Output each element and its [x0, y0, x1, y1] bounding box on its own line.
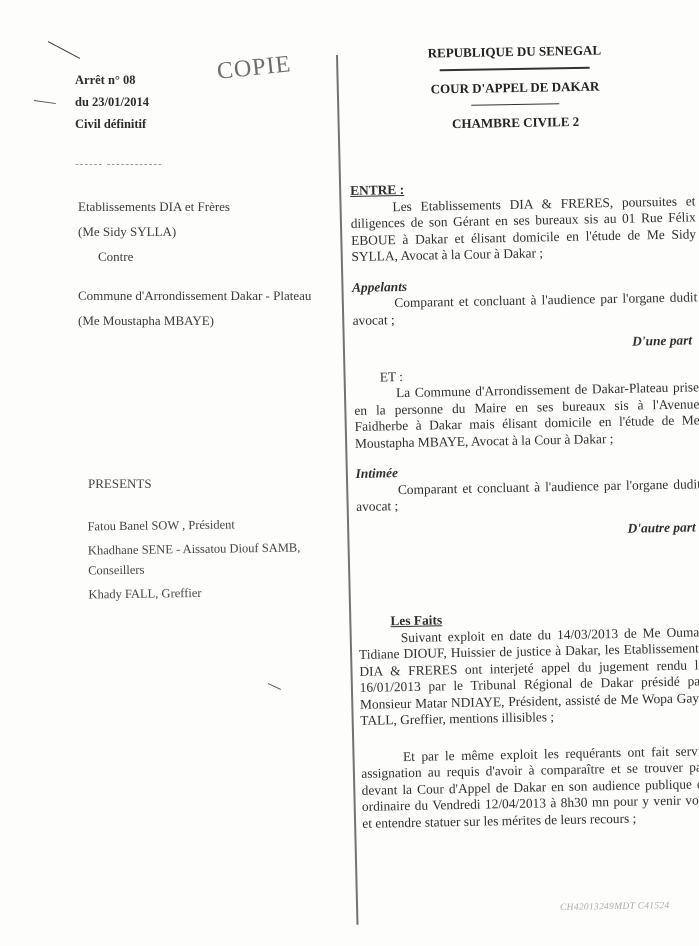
document-reference: CH42013249MDT C41524: [560, 901, 670, 913]
judgment-body: ENTRE : Les Etablissements DIA & FRERES,…: [350, 176, 699, 832]
appellant-paragraph: Les Etablissements DIA & FRERES, poursui…: [350, 193, 696, 266]
court-name: COUR D'APPEL DE DAKAR: [395, 73, 635, 101]
court-header: REPUBLIQUE DU SENEGAL COUR D'APPEL DE DA…: [394, 38, 636, 137]
separator: ------ ------------: [75, 153, 163, 175]
appellant-counsel: (Me Sidy SYLLA): [78, 219, 311, 244]
pen-mark: [48, 41, 80, 59]
member: Fatou Banel SOW , Président: [87, 514, 300, 537]
presents-title: PRESENTS: [88, 476, 152, 492]
appellants-paragraph: Comparant et concluant à l'audience par …: [352, 289, 698, 329]
faits-paragraph-2: Et par le même exploit les requérants on…: [361, 743, 699, 832]
copy-stamp: COPIE: [216, 51, 293, 86]
versus-label: Contre: [78, 244, 311, 269]
case-reference: Arrêt n° 08 du 23/01/2014 Civil définiti…: [75, 69, 163, 175]
pen-mark: [268, 683, 281, 690]
dautre-part-label: D'autre part: [357, 519, 699, 542]
country-name: REPUBLIQUE DU SENEGAL: [394, 38, 634, 66]
header-rule: [471, 103, 559, 106]
member: Khady FALL, Greffier: [88, 582, 301, 605]
arret-date: du 23/01/2014: [75, 91, 163, 113]
respondent-name: Commune d'Arrondissement Dakar - Plateau: [78, 283, 311, 308]
pen-mark: [34, 100, 56, 104]
court-members: Fatou Banel SOW , Président Khadhane SEN…: [87, 514, 301, 605]
case-type: Civil définitif: [75, 113, 163, 135]
appellant-name: Etablissements DIA et Frères: [78, 194, 311, 219]
respondent-paragraph: La Commune d'Arrondissement de Dakar-Pla…: [354, 379, 699, 452]
member: Khadhane SENE - Aissatou Diouf SAMB,: [88, 538, 301, 561]
header-rule: [440, 67, 590, 71]
respondent-counsel: (Me Moustapha MBAYE): [78, 308, 311, 333]
chamber-name: CHAMBRE CIVILE 2: [395, 109, 635, 137]
intimee-paragraph: Comparant et concluant à l'audience par …: [356, 476, 699, 516]
parties-summary: Etablissements DIA et Frères (Me Sidy SY…: [78, 194, 311, 333]
faits-paragraph-1: Suivant exploit en date du 14/03/2013 de…: [359, 624, 699, 730]
member: Conseillers: [88, 558, 301, 581]
arret-number: Arrêt n° 08: [75, 69, 163, 91]
